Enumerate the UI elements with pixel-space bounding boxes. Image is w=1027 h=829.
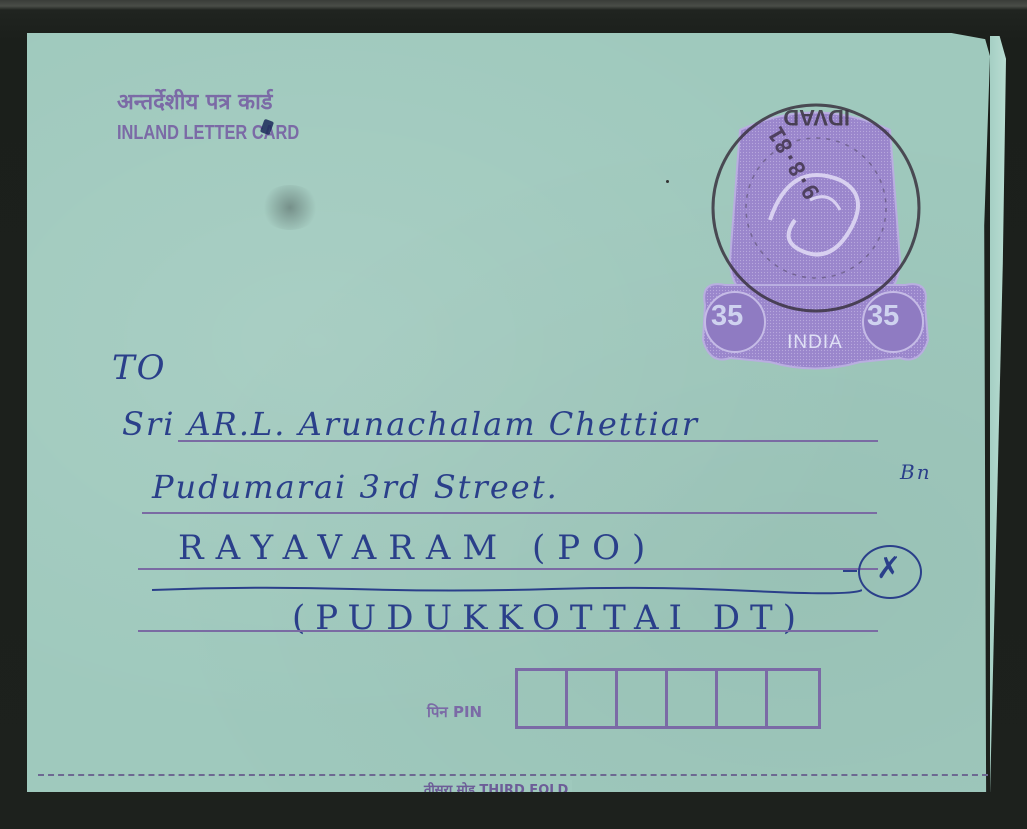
- address-line-4: (PUDUKKOTTAI DT): [292, 598, 806, 638]
- circled-mark-icon: [858, 545, 922, 599]
- stamp-country: INDIA: [770, 332, 860, 354]
- dash-mark: [843, 570, 857, 572]
- ink-dot: [666, 180, 669, 183]
- address-line-1: Sri AR.L. Arunachalam Chettiar: [122, 405, 699, 443]
- pin-digit-box: [568, 671, 618, 726]
- address-rule-1: [178, 440, 878, 442]
- card-title-hindi: अन्तर्देशीय पत्र कार्ड: [117, 86, 273, 116]
- pin-digit-box: [768, 671, 818, 726]
- address-line-3: RAYAVARAM (PO): [178, 528, 657, 568]
- svg-text:IDVAD: IDVAD: [783, 105, 850, 130]
- smudge: [260, 185, 320, 230]
- pin-code-boxes: [515, 668, 821, 729]
- address-salutation: TO: [112, 348, 167, 388]
- scanner-background-bottom: [0, 792, 1027, 829]
- pin-label: पिन PIN: [427, 702, 482, 722]
- underline-wave-icon: [152, 585, 862, 595]
- address-rule-2: [142, 512, 877, 514]
- address-line-2: Pudumarai 3rd Street.: [152, 468, 559, 506]
- fold-line: [38, 774, 988, 776]
- stamp-value-left: 35: [711, 300, 743, 333]
- pin-digit-box: [668, 671, 718, 726]
- postage-stamp: IDVAD 35 35 INDIA: [700, 100, 930, 370]
- address-line-2-note: Bn: [900, 460, 932, 484]
- pin-digit-box: [618, 671, 668, 726]
- pin-digit-box: [518, 671, 568, 726]
- address-rule-4: [138, 630, 878, 632]
- address-rule-3: [138, 568, 878, 570]
- stamp-value-right: 35: [867, 300, 899, 333]
- pin-digit-box: [718, 671, 768, 726]
